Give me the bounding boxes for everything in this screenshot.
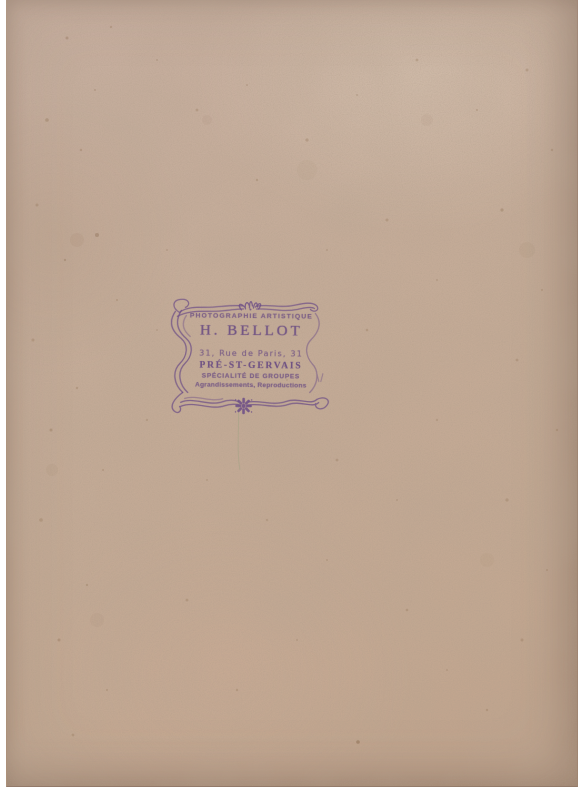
scan-background: PHOTOGRAPHIE ARTISTIQUE H. BELLOT 31, Ru… [0,0,582,800]
flower-ornament-icon [235,399,253,413]
stamp-photographer-name: H. BELLOT [165,322,337,341]
stamp-studio-type-label: PHOTOGRAPHIE ARTISTIQUE [165,312,337,321]
stamp-city-label: PRÉ-ST-GERVAIS [165,360,337,372]
stamp-specialty-label: SPÉCIALITÉ DE GROUPES [165,372,337,381]
photographer-stamp: PHOTOGRAPHIE ARTISTIQUE H. BELLOT 31, Ru… [164,298,337,419]
photo-card-back: PHOTOGRAPHIE ARTISTIQUE H. BELLOT 31, Ru… [6,0,578,787]
stamp-services-label: Agrandissements, Reproductions [165,381,337,390]
stamp-address-label: 31, Rue de Paris, 31 [165,348,337,359]
